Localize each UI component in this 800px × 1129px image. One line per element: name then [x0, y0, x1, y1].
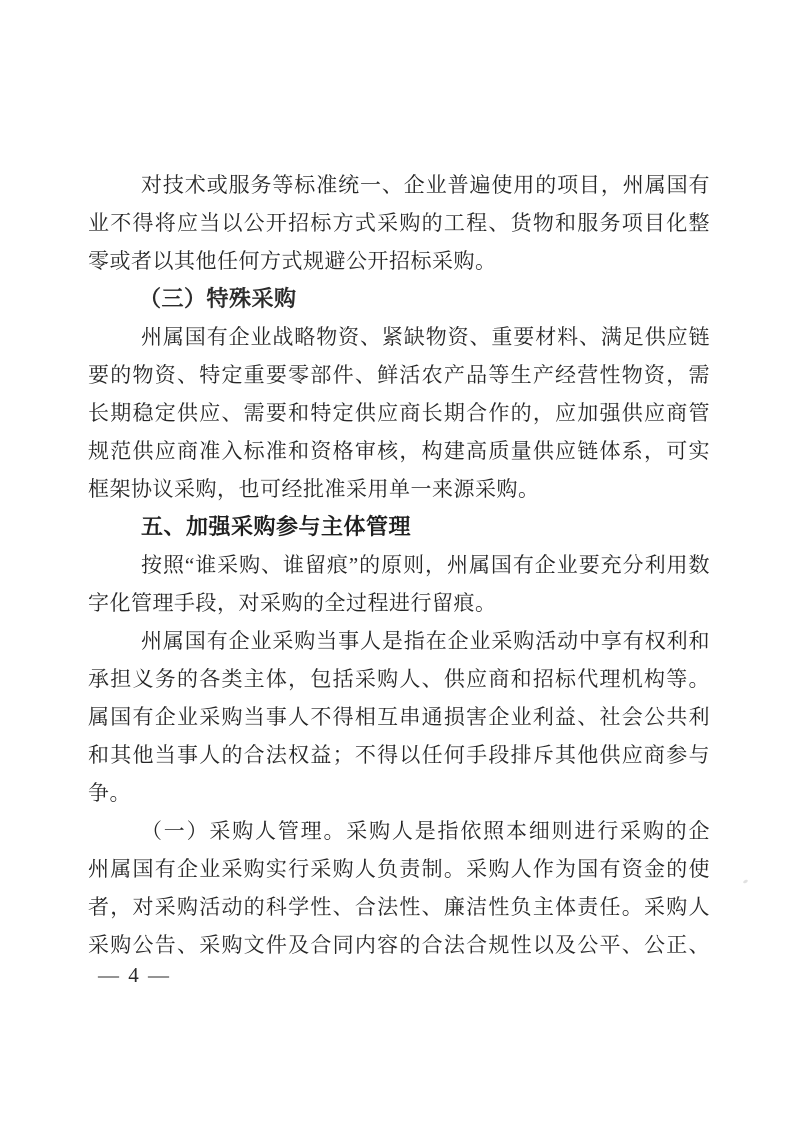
text-line: 州属国有企业战略物资、紧缺物资、重要材料、满足供应链需 [88, 318, 710, 356]
text-line: 业不得将应当以公开招标方式采购的工程、货物和服务项目化整为 [88, 204, 710, 242]
text-line: 框架协议采购，也可经批准采用单一来源采购。 [88, 470, 710, 508]
document-body: 对技术或服务等标准统一、企业普遍使用的项目，州属国有企业不得将应当以公开招标方式… [88, 166, 710, 964]
text-line: 者，对采购活动的科学性、合法性、廉洁性负主体责任。采购人对 [88, 888, 710, 926]
text-line: 州属国有企业采购实行采购人负责制。采购人作为国有资金的使用 [88, 850, 710, 888]
page-number: — 4 — [98, 960, 171, 990]
sub-heading: （三）特殊采购 [88, 280, 710, 318]
text-line: 争。 [88, 774, 710, 812]
text-line: 零或者以其他任何方式规避公开招标采购。 [88, 242, 710, 280]
text-line: 规范供应商准入标准和资格审核，构建高质量供应链体系，可实行 [88, 432, 710, 470]
text-line: 和其他当事人的合法权益；不得以任何手段排斥其他供应商参与竞 [88, 736, 710, 774]
text-line: 州属国有企业采购当事人是指在企业采购活动中享有权利和 [88, 622, 710, 660]
text-line: 承担义务的各类主体，包括采购人、供应商和招标代理机构等。州 [88, 660, 710, 698]
text-line: 长期稳定供应、需要和特定供应商长期合作的，应加强供应商管理， [88, 394, 710, 432]
text-line: 字化管理手段，对采购的全过程进行留痕。 [88, 584, 710, 622]
document-page: 对技术或服务等标准统一、企业普遍使用的项目，州属国有企业不得将应当以公开招标方式… [0, 0, 800, 1129]
section-heading: 五、加强采购参与主体管理 [88, 508, 710, 546]
text-line: （一）采购人管理。采购人是指依照本细则进行采购的企业。 [88, 812, 710, 850]
text-line: 对技术或服务等标准统一、企业普遍使用的项目，州属国有企 [88, 166, 710, 204]
text-line: 要的物资、特定重要零部件、鲜活农产品等生产经营性物资，需要 [88, 356, 710, 394]
text-line: 属国有企业采购当事人不得相互串通损害企业利益、社会公共利益 [88, 698, 710, 736]
text-line: 采购公告、采购文件及合同内容的合法合规性以及公平、公正、合 [88, 926, 710, 964]
scan-speckle [743, 879, 749, 884]
text-line: 按照“谁采购、谁留痕”的原则，州属国有企业要充分利用数 [88, 546, 710, 584]
